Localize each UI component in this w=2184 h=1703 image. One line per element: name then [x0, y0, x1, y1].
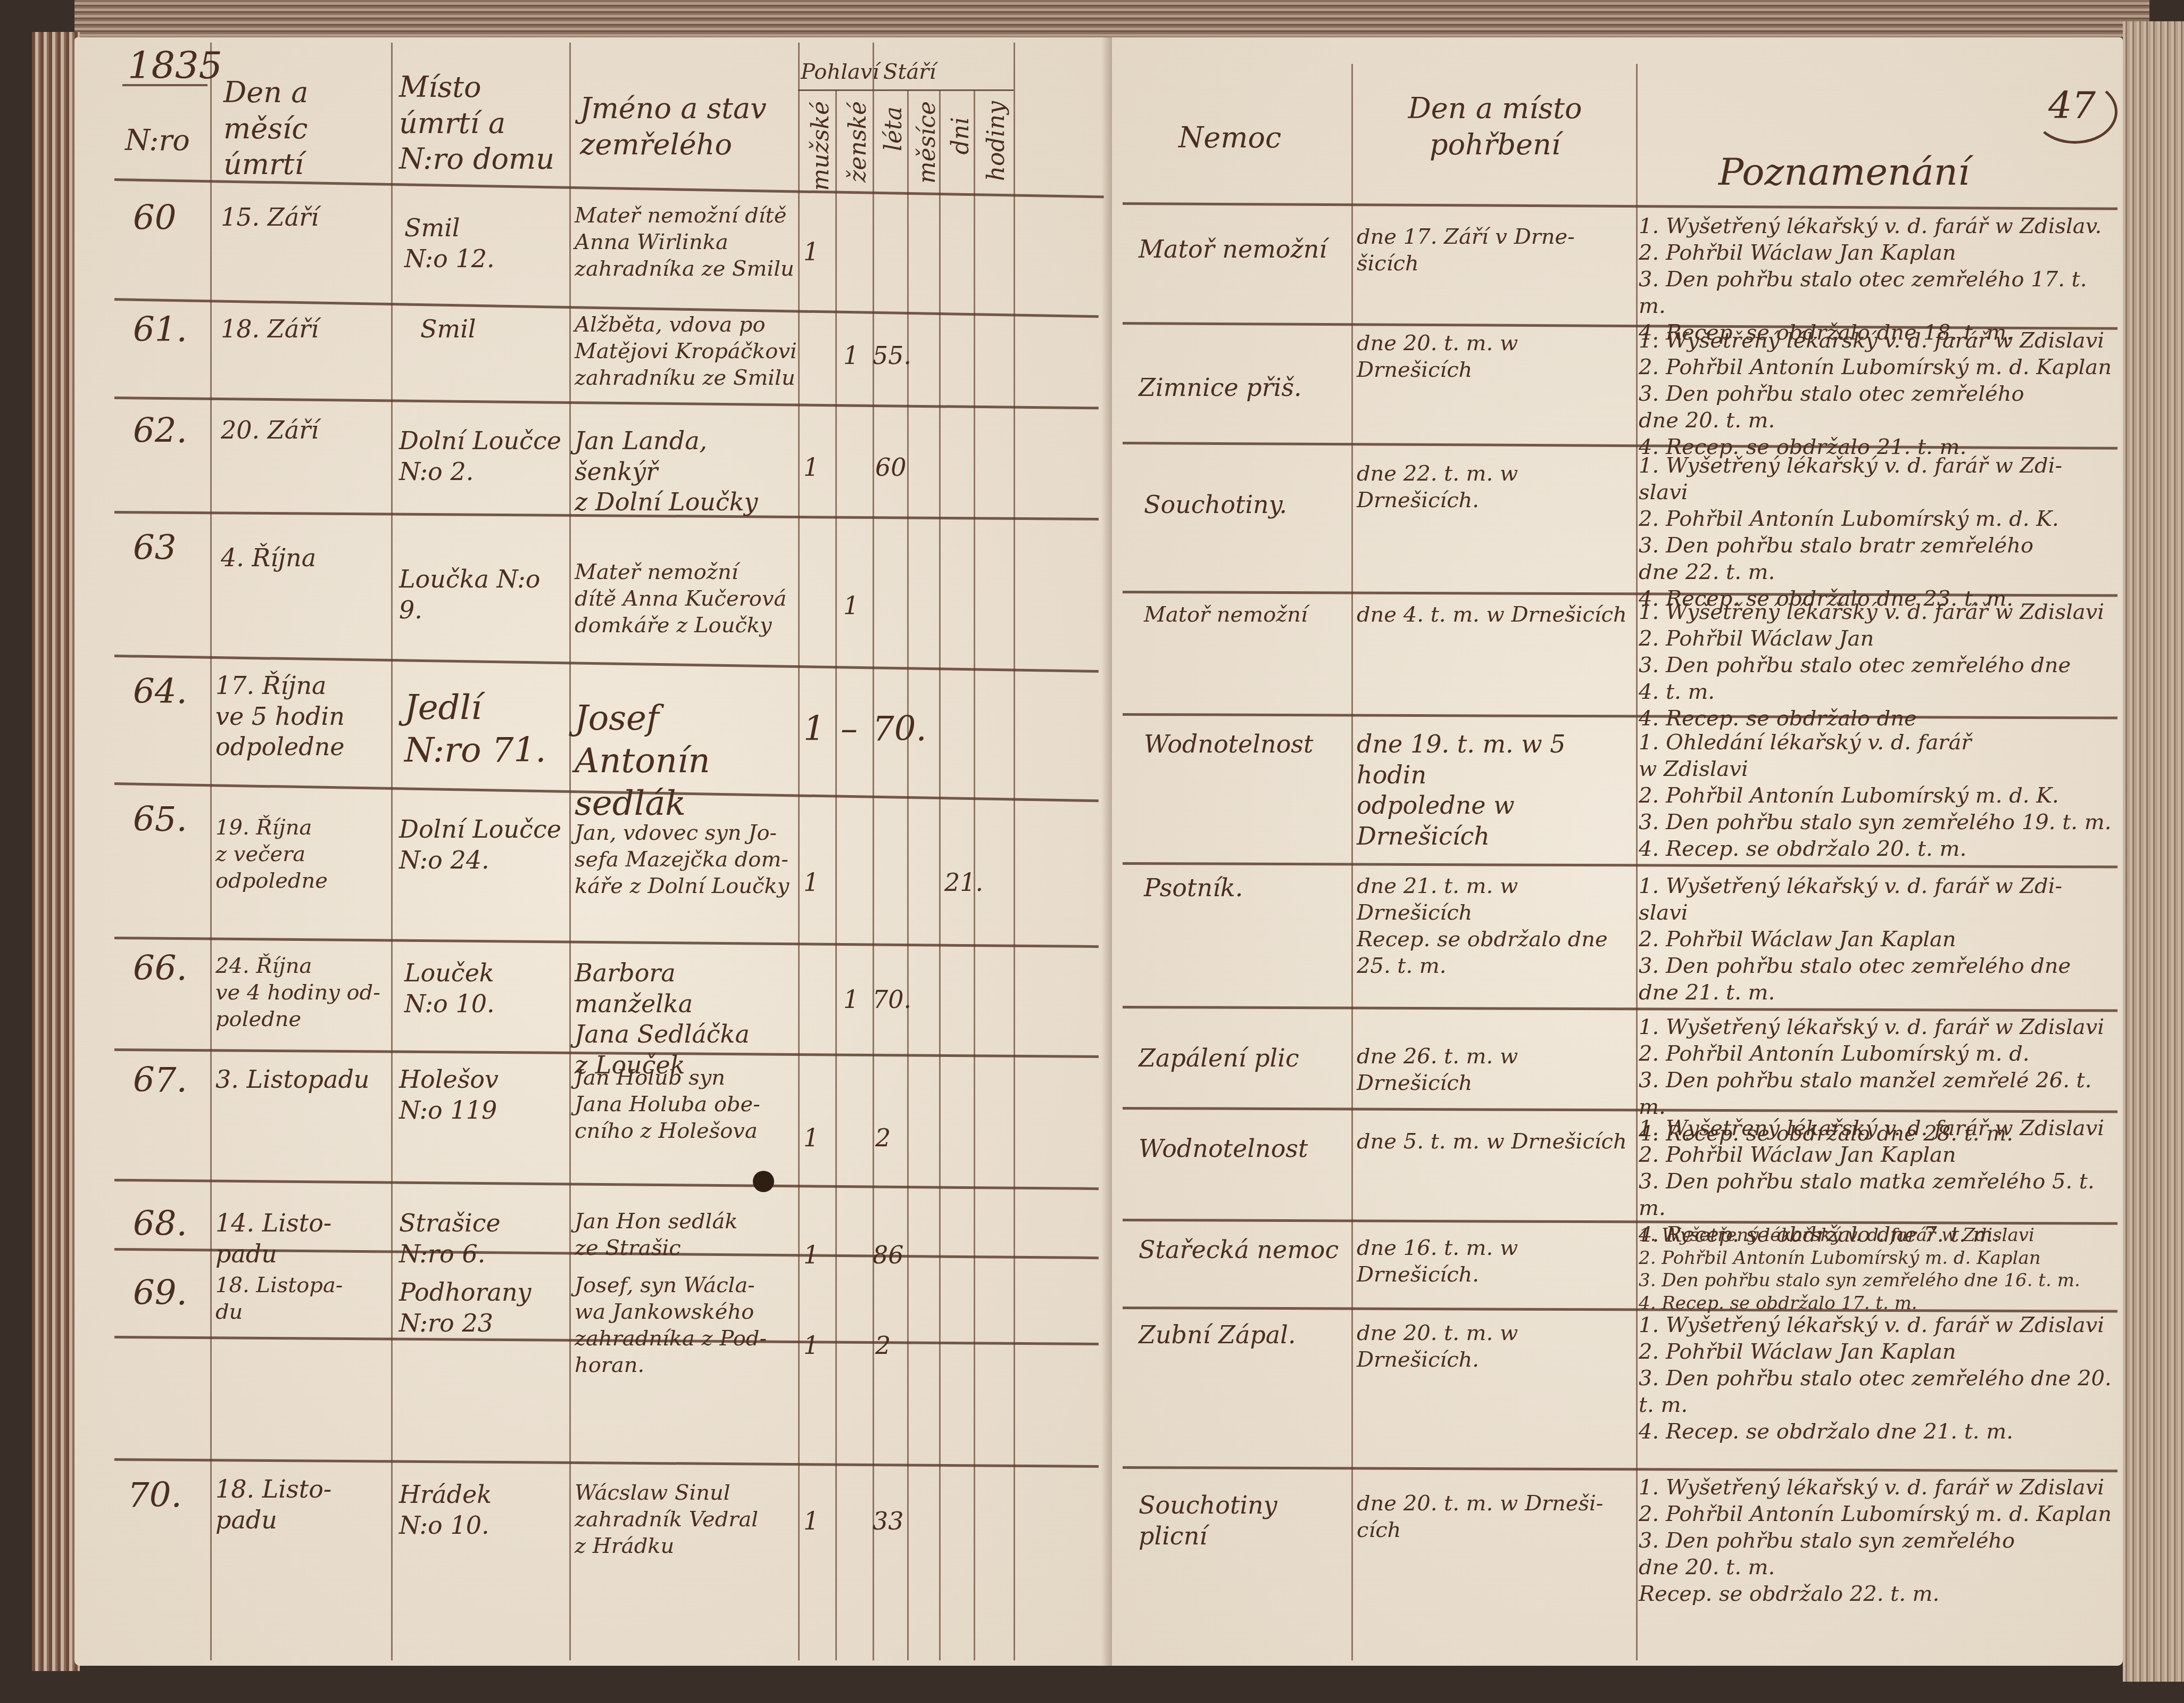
- entry-burial: dne 19. t. m. w 5 hodin odpoledne w Drne…: [1357, 729, 1633, 851]
- entry-date: 18. Září: [221, 314, 391, 345]
- ink-blot: [753, 1171, 774, 1192]
- entry-date: 14. Listo- padu: [215, 1208, 391, 1269]
- entry-male: 1: [803, 1240, 819, 1271]
- entry-name: Jan Holub syn Jana Holuba obe- cního z H…: [575, 1064, 798, 1144]
- entry-disease: Wodnotelnost: [1144, 729, 1351, 760]
- entry-disease: Zubní Zápal.: [1139, 1320, 1346, 1351]
- header-burial: Den a místo pohřbení: [1357, 90, 1633, 162]
- entry-place: Dolní Loučce N:o 24.: [399, 814, 569, 875]
- entry-name: Wácslaw Sinul zahradník Vedral z Hrádku: [575, 1479, 798, 1559]
- entry-disease: Zapálení plic: [1139, 1043, 1346, 1074]
- entry-days: 21.: [944, 867, 983, 898]
- entry-date: 19. Října z večera odpoledne: [215, 814, 391, 894]
- entry-burial: dne 20. t. m. w Drneši- cích: [1357, 1490, 1633, 1543]
- header-days: dni: [946, 117, 975, 155]
- entry-number: 70.: [128, 1474, 182, 1517]
- entry-name: Jan, vdovec syn Jo- sefa Mazejčka dom- k…: [575, 820, 798, 899]
- entry-name: Josef Antonín sedlák: [575, 697, 798, 825]
- entry-date: 3. Listopadu: [215, 1064, 391, 1095]
- entry-number: 68.: [133, 1203, 187, 1245]
- entry-years: 60: [875, 452, 907, 483]
- entry-place: Dolní Loučce N:o 2.: [399, 426, 569, 487]
- entry-burial: dne 20. t. m. w Drnešicích.: [1357, 1320, 1633, 1373]
- entry-remarks: 1. Wyšetřený lékařský v. d. farář w Zdis…: [1639, 213, 2117, 346]
- page-number: 47: [2048, 82, 2096, 129]
- entry-male: 1: [803, 1123, 819, 1154]
- entry-years: 33: [873, 1506, 904, 1537]
- entry-date: 18. Listopa- du: [215, 1272, 391, 1325]
- entry-date: 15. Září: [221, 202, 391, 233]
- header-subrule: [798, 89, 1014, 91]
- column-rule: [798, 43, 800, 1660]
- entry-burial: dne 5. t. m. w Drnešicích: [1357, 1128, 1633, 1155]
- entry-disease: Stařecká nemoc: [1139, 1235, 1346, 1266]
- book-left-edge: [32, 32, 80, 1671]
- entry-remarks: 1. Wyšetřený lékařský v. d. farář w Zdi-…: [1639, 452, 2117, 612]
- column-rule: [907, 90, 909, 1660]
- entry-number: 60: [133, 197, 176, 239]
- entry-remarks: 1. Wyšetřený lékařský v. d. farář w Zdis…: [1639, 327, 2117, 460]
- entry-date: 20. Září: [221, 415, 391, 446]
- entry-remarks: 1. Wyšetřený lékařský v. d. farář w Zdis…: [1639, 1474, 2117, 1607]
- entry-place: Smil: [420, 314, 569, 345]
- entry-place: Hrádek N:o 10.: [399, 1479, 569, 1541]
- header-name: Jméno a stav zemřelého: [580, 90, 793, 162]
- entry-remarks: 1. Wyšetřený lékařský v. d. farář w Zdi-…: [1639, 873, 2117, 1006]
- entry-female: 1: [843, 985, 859, 1015]
- entry-disease: Matoř nemožní: [1144, 601, 1351, 628]
- header-years: léta: [879, 106, 908, 151]
- header-number: N:ro: [125, 122, 190, 159]
- entry-name: Alžběta, vdova po Matějovi Kropáčkovi za…: [575, 311, 798, 391]
- entry-remarks: 1. Wyšetřený lékařský v. d. farář w Zdis…: [1639, 599, 2117, 732]
- column-rule: [1351, 64, 1353, 1660]
- entry-years: 55.: [873, 341, 911, 371]
- column-rule: [1636, 64, 1638, 1660]
- entry-number: 65.: [133, 798, 187, 841]
- header-hours: hodiny: [982, 101, 1011, 181]
- year-label: 1835: [128, 43, 222, 89]
- entry-place: Loučka N:o 9.: [399, 564, 569, 625]
- column-rule: [569, 43, 571, 1660]
- book-right-edge: [2123, 21, 2184, 1682]
- entry-female: 1: [843, 591, 859, 622]
- entry-burial: dne 16. t. m. w Drnešicích.: [1357, 1235, 1633, 1288]
- entry-name: Mateř nemožní dítě Anna Wirlinka zahradn…: [575, 202, 798, 282]
- entry-burial: dne 17. Září v Drne- šicích: [1357, 224, 1633, 277]
- entry-number: 62.: [133, 410, 187, 452]
- entry-number: 64.: [133, 671, 187, 713]
- entry-male: 1: [803, 1506, 819, 1537]
- column-rule: [391, 43, 393, 1660]
- header-female: ženské: [843, 101, 873, 183]
- entry-number: 61.: [133, 309, 187, 351]
- entry-years: 86: [873, 1240, 904, 1271]
- entry-burial: dne 4. t. m. w Drnešicích: [1357, 601, 1633, 628]
- header-date: Den a měsíc úmrtí: [223, 75, 383, 183]
- header-sex: Pohlaví: [801, 59, 879, 85]
- column-rule: [835, 90, 837, 1660]
- entry-burial: dne 21. t. m. w Drnešicích Recep. se obd…: [1155, 873, 1633, 979]
- header-disease: Nemoc: [1178, 120, 1281, 156]
- column-rule: [939, 90, 941, 1660]
- entry-place: Jedlí N:ro 71.: [404, 687, 564, 772]
- entry-female: 1: [803, 237, 819, 268]
- entry-disease: Zimnice přiš.: [1139, 373, 1346, 403]
- header-age: Stáří: [883, 59, 936, 85]
- entry-burial: dne 22. t. m. w Drnešicích.: [1357, 460, 1633, 514]
- entry-date: 24. Října ve 4 hodiny od- poledne: [215, 953, 391, 1032]
- entry-disease: Souchotiny.: [1144, 490, 1351, 520]
- entry-number: 67.: [133, 1059, 187, 1102]
- column-rule: [873, 43, 874, 1660]
- entry-disease: Wodnotelnost: [1139, 1134, 1346, 1164]
- header-remarks: Poznamenání: [1718, 149, 1970, 196]
- entry-remarks: 1. Wyšetřený lékařský v. d. farář w Zdis…: [1639, 1312, 2117, 1445]
- book-top-edge: [74, 0, 2149, 37]
- entry-name: Barbora manželka Jana Sedláčka z Louček: [575, 958, 798, 1080]
- header-male: mužské: [806, 101, 835, 191]
- entry-disease: Matoř nemožní: [1139, 234, 1346, 265]
- header-months: měsíce: [912, 101, 942, 184]
- entry-name: Josef, syn Wácla- wa Jankowského zahradn…: [575, 1272, 798, 1378]
- entry-place: Podhorany N:ro 23: [399, 1277, 569, 1338]
- entry-place: Holešov N:o 119: [399, 1064, 569, 1126]
- entry-female: 1: [843, 341, 859, 371]
- entry-number: 66.: [133, 947, 187, 990]
- entry-number: 69.: [133, 1272, 187, 1315]
- entry-remarks: 1. Ohledání lékařský v. d. farář w Zdisl…: [1639, 729, 2117, 862]
- entry-burial: dne 20. t. m. w Drnešicích: [1357, 330, 1633, 383]
- entry-disease: Souchotiny plicní: [1139, 1490, 1346, 1551]
- entry-male: 1: [803, 867, 819, 898]
- entry-place: Louček N:o 10.: [404, 958, 564, 1019]
- entry-date: 17. Října ve 5 hodin odpoledne: [215, 671, 391, 763]
- entry-remarks: 1. Wyšetřený lékařský v. d. farář w Zdis…: [1639, 1224, 2117, 1315]
- entry-number: 63: [133, 527, 176, 569]
- entry-years: 2: [875, 1330, 891, 1361]
- entry-date: 18. Listo- padu: [215, 1474, 391, 1535]
- year-underline: [122, 84, 207, 86]
- entry-name: Jan Landa, šenkýř z Dolní Loučky: [575, 426, 798, 518]
- header-place: Místo úmrtí a N:ro domu: [399, 69, 569, 177]
- column-rule: [210, 43, 212, 1660]
- entry-years: 2: [875, 1123, 891, 1154]
- entry-name: Mateř nemožní dítě Anna Kučerová domkáře…: [575, 559, 798, 639]
- entry-place: Smil N:o 12.: [404, 213, 564, 274]
- entry-place: Strašice N:ro 6.: [399, 1208, 569, 1269]
- entry-name: Jan Hon sedlák ze Strašic: [575, 1208, 798, 1261]
- entry-male: 1: [803, 708, 825, 750]
- entry-burial: dne 26. t. m. w Drnešicích: [1357, 1043, 1633, 1096]
- entry-male: 1: [803, 1330, 819, 1361]
- entry-male: 1: [803, 452, 819, 483]
- entry-years: 70.: [873, 985, 911, 1015]
- entry-date: 4. Října: [221, 543, 391, 574]
- entry-female: –: [841, 708, 858, 750]
- column-rule: [1014, 43, 1015, 1660]
- entry-years: 70.: [873, 708, 927, 750]
